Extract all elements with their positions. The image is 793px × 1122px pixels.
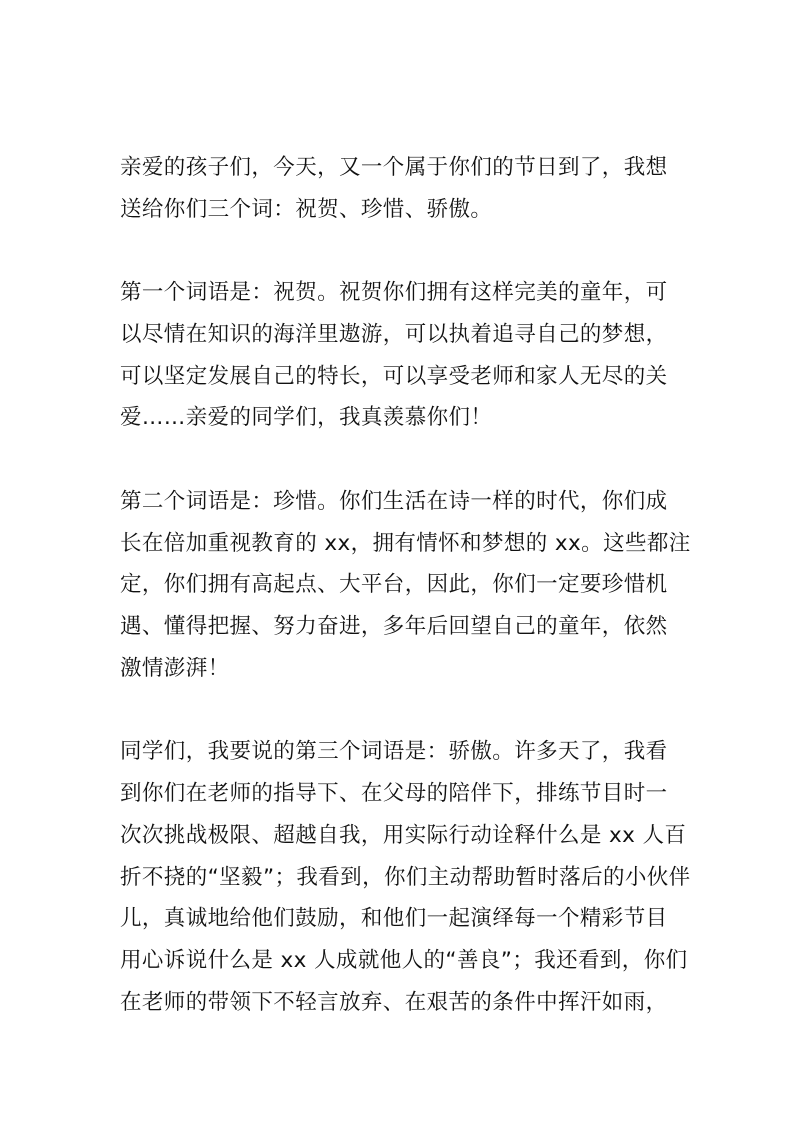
text-line: 第一个词语是：祝贺。祝贺你们拥有这样完美的童年，可 (120, 272, 680, 314)
document-page: 亲爱的孩子们，今天，又一个属于你们的节日到了，我想 送给你们三个词：祝贺、珍惜、… (120, 147, 680, 1065)
text-line: 长在倍加重视教育的 xx，拥有情怀和梦想的 xx。这些都注 (120, 523, 680, 565)
text-line: 可以坚定发展自己的特长，可以享受老师和家人无尽的关 (120, 356, 680, 398)
text-line: 激情澎湃！ (120, 648, 680, 690)
paragraph-pride: 同学们，我要说的第三个词语是：骄傲。许多天了，我看 到你们在老师的指导下、在父母… (120, 731, 680, 1024)
text-line: 定，你们拥有高起点、大平台，因此，你们一定要珍惜机 (120, 564, 680, 606)
text-line: 用心诉说什么是 xx 人成就他人的“善良”；我还看到，你们 (120, 940, 680, 982)
text-line: 送给你们三个词：祝贺、珍惜、骄傲。 (120, 189, 680, 231)
text-line: 次次挑战极限、超越自我，用实际行动诠释什么是 xx 人百 (120, 815, 680, 857)
paragraph-greeting: 亲爱的孩子们，今天，又一个属于你们的节日到了，我想 送给你们三个词：祝贺、珍惜、… (120, 147, 680, 231)
text-line: 第二个词语是：珍惜。你们生活在诗一样的时代，你们成 (120, 481, 680, 523)
text-line: 在老师的带领下不轻言放弃、在艰苦的条件中挥汗如雨， (120, 982, 680, 1024)
text-line: 同学们，我要说的第三个词语是：骄傲。许多天了，我看 (120, 731, 680, 773)
paragraph-congratulate: 第一个词语是：祝贺。祝贺你们拥有这样完美的童年，可 以尽情在知识的海洋里遨游，可… (120, 272, 680, 439)
text-line: 到你们在老师的指导下、在父母的陪伴下，排练节目时一 (120, 773, 680, 815)
text-line: 遇、懂得把握、努力奋进，多年后回望自己的童年，依然 (120, 606, 680, 648)
text-line: 折不挠的“坚毅”；我看到，你们主动帮助暂时落后的小伙伴 (120, 857, 680, 899)
paragraph-cherish: 第二个词语是：珍惜。你们生活在诗一样的时代，你们成 长在倍加重视教育的 xx，拥… (120, 481, 680, 690)
text-line: 以尽情在知识的海洋里遨游，可以执着追寻自己的梦想， (120, 314, 680, 356)
text-line: 亲爱的孩子们，今天，又一个属于你们的节日到了，我想 (120, 147, 680, 189)
text-line: 儿，真诚地给他们鼓励，和他们一起演绎每一个精彩节目 (120, 898, 680, 940)
text-line: 爱……亲爱的同学们，我真羡慕你们！ (120, 397, 680, 439)
